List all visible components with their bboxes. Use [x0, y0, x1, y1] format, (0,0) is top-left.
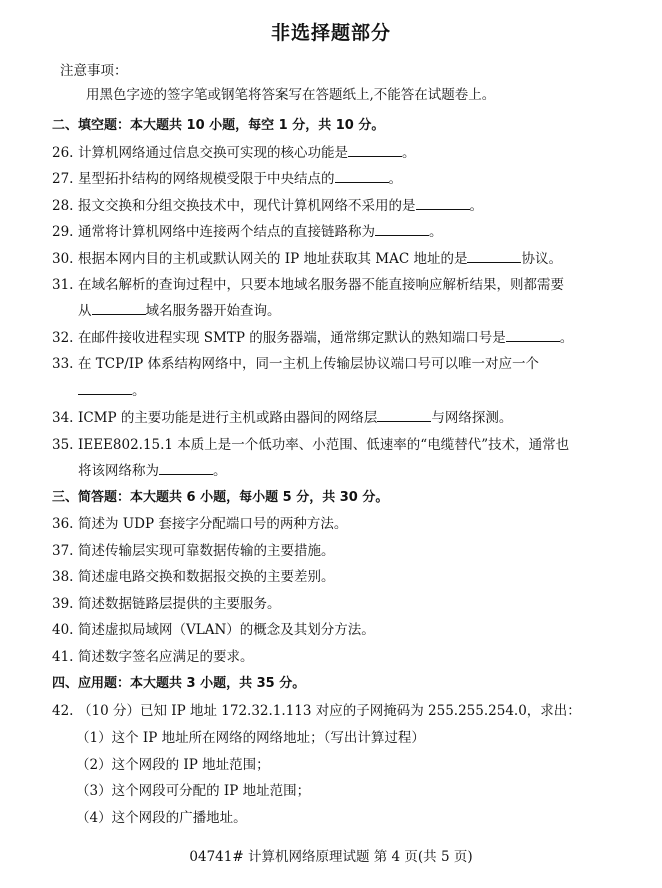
- question-42: 42.（10 分）已知 IP 地址 172.32.1.113 对应的子网掩码为 …: [52, 702, 581, 720]
- question-35-line2: 将该网络称为。: [78, 462, 227, 480]
- question-38: 38.简述虚电路交换和数据报交换的主要差别。: [52, 568, 335, 586]
- question-31: 31.在域名解析的查询过程中，只要本地域名服务器不能直接响应解析结果，则都需要: [52, 276, 564, 294]
- question-42-sub-4: （4）这个网段的广播地址。: [76, 809, 247, 827]
- answer-blank: [92, 302, 146, 315]
- question-36: 36.简述为 UDP 套接字分配端口号的两种方法。: [52, 515, 347, 533]
- question-40: 40.简述虚拟局域网（VLAN）的概念及其划分方法。: [52, 621, 375, 639]
- notice-text: 用黑色字迹的签字笔或钢笔将答案写在答题纸上,不能答在试题卷上。: [86, 86, 495, 104]
- notice-heading: 注意事项：: [60, 62, 128, 80]
- answer-blank: [159, 462, 213, 475]
- answer-blank: [377, 409, 431, 422]
- question-26: 26.计算机网络通过信息交换可实现的核心功能是。: [52, 144, 416, 162]
- question-28: 28.报文交换和分组交换技术中，现代计算机网络不采用的是。: [52, 197, 483, 215]
- question-34: 34.ICMP 的主要功能是进行主机或路由器间的网络层与网络探测。: [52, 409, 512, 427]
- question-32: 32.在邮件接收进程实现 SMTP 的服务器端，通常绑定默认的熟知端口号是。: [52, 329, 573, 347]
- question-41: 41.简述数字签名应满足的要求。: [52, 648, 254, 666]
- answer-blank: [506, 329, 560, 342]
- question-42-sub-2: （2）这个网段的 IP 地址范围；: [76, 756, 270, 774]
- question-37: 37.简述传输层实现可靠数据传输的主要措施。: [52, 542, 335, 560]
- answer-blank: [416, 197, 470, 210]
- answer-blank: [348, 144, 402, 157]
- question-42-sub-3: （3）这个网段可分配的 IP 地址范围；: [76, 782, 310, 800]
- question-35: 35.IEEE802.15.1 本质上是一个低功率、小范围、低速率的“电缆替代”…: [52, 436, 569, 454]
- question-27: 27.星型拓扑结构的网络规模受限于中央结点的。: [52, 170, 402, 188]
- section-heading-fill-in: 二、填空题：本大题共 10 小题，每空 1 分，共 10 分。: [52, 117, 384, 135]
- answer-blank: [335, 170, 389, 183]
- answer-blank: [78, 382, 132, 395]
- question-30: 30.根据本网内目的主机或默认网关的 IP 地址获取其 MAC 地址的是协议。: [52, 250, 562, 268]
- answer-blank: [467, 250, 521, 263]
- question-29: 29.通常将计算机网络中连接两个结点的直接链路称为。: [52, 223, 443, 241]
- page-footer: 04741# 计算机网络原理试题 第 4 页(共 5 页): [0, 845, 662, 865]
- section-heading-application: 四、应用题：本大题共 3 小题，共 35 分。: [52, 675, 305, 693]
- section-heading-short-answer: 三、简答题：本大题共 6 小题，每小题 5 分，共 30 分。: [52, 489, 388, 507]
- answer-blank: [375, 223, 429, 236]
- question-33: 33.在 TCP/IP 体系结构网络中，同一主机上传输层协议端口号可以唯一对应一…: [52, 355, 539, 373]
- question-31-line2: 从域名服务器开始查询。: [78, 302, 281, 320]
- question-33-line2: 。: [78, 382, 146, 400]
- question-39: 39.简述数据链路层提供的主要服务。: [52, 595, 281, 613]
- page-title: 非选择题部分: [0, 18, 662, 45]
- question-42-sub-1: （1）这个 IP 地址所在网络的网络地址；（写出计算过程）: [76, 729, 425, 747]
